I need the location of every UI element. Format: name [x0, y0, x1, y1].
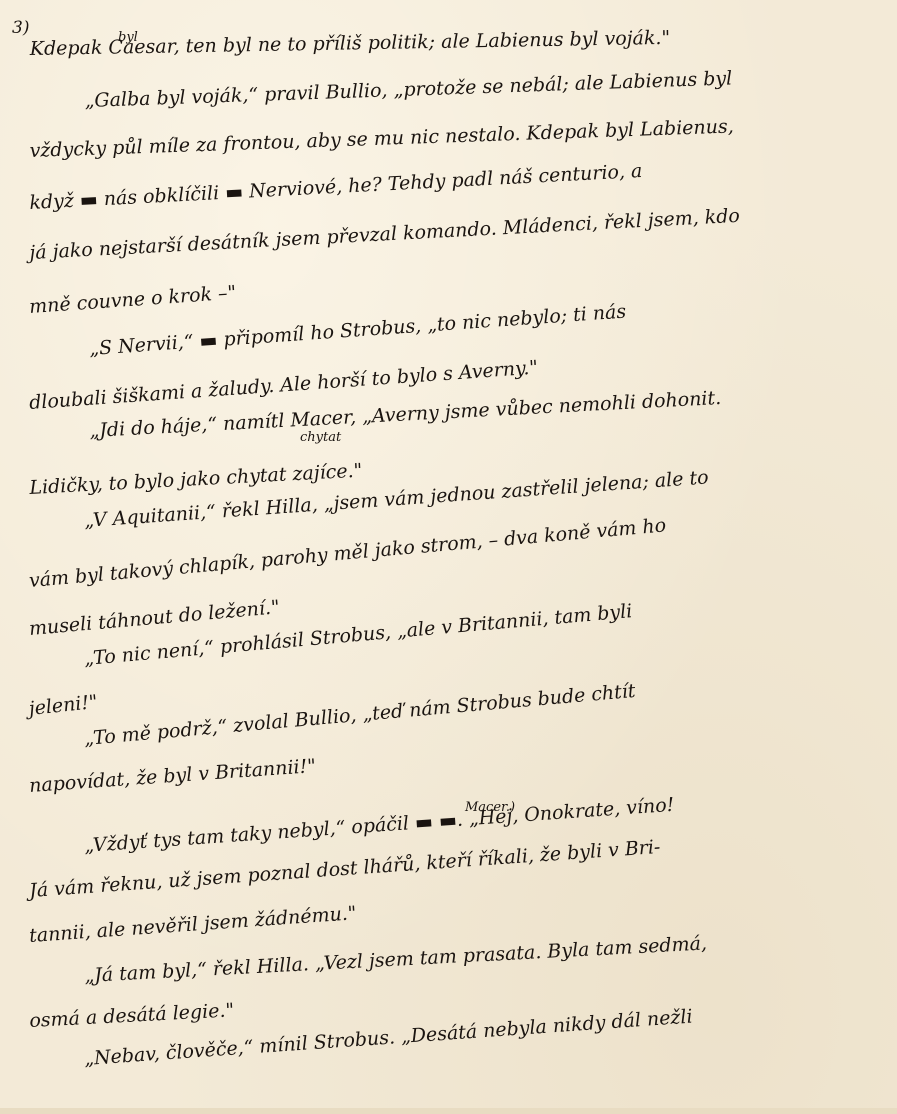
interlinear-insertion: byl: [118, 30, 138, 45]
manuscript-line: „To mě podrž,“ zvolal Bullio, „teď nám S…: [83, 680, 636, 750]
manuscript-line: osmá a desátá legie.": [29, 999, 235, 1032]
manuscript-page: 3) Kdepak Caesar, ten byl ne to příliš p…: [0, 0, 897, 1114]
manuscript-line: tannii, ale nevěřil jsem žádnému.": [28, 902, 357, 947]
interlinear-insertion: Macer.): [465, 800, 515, 815]
manuscript-line: vždycky půl míle za frontou, aby se mu n…: [29, 115, 734, 162]
manuscript-line: napovídat, že byl v Britannii!": [28, 755, 316, 797]
manuscript-line: já jako nejstarší desátník jsem převzal …: [29, 205, 741, 264]
page-number: 3): [12, 18, 29, 38]
paper-edge: [0, 1108, 897, 1114]
manuscript-line: mně couvne o krok –": [28, 282, 236, 318]
interlinear-insertion: chytat: [300, 430, 341, 445]
manuscript-line: když ▬ nás obklíčili ▬ Nerviové, he? Teh…: [29, 160, 643, 214]
manuscript-line: „S Nervii,“ ▬ připomíl ho Strobus, „to n…: [88, 301, 626, 360]
manuscript-line: jeleni!": [28, 691, 99, 720]
manuscript-line: „Já tam byl,“ řekl Hilla. „Vezl jsem tam…: [84, 932, 708, 987]
manuscript-line: „Galba byl voják,“ pravil Bullio, „proto…: [84, 67, 732, 112]
